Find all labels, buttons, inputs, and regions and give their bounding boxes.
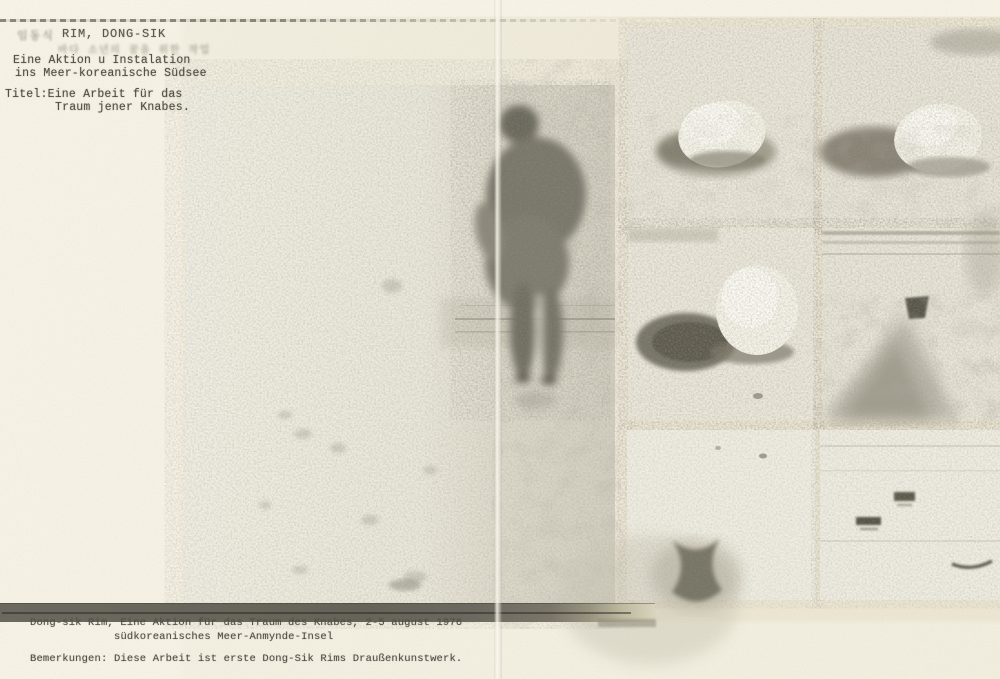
caption-location: südkoreanisches Meer-Anmynde-Insel [114,631,462,645]
remarks-text: Diese Arbeit ist erste Dong-Sik Rims Dra… [114,653,462,665]
page-fold-line [494,0,502,679]
work-title-line2: Traum jener Knabes. [55,101,190,114]
header-action-line1: Eine Aktion u Instalation [13,54,191,67]
caption-credit: Dong-sik Rim, Eine Aktion für das Traum … [30,617,462,631]
artist-korean-name: 임동식 [17,27,55,43]
caption-remarks-row: Bemerkungen: Diese Arbeit ist erste Dong… [30,653,462,665]
caption-block: Dong-sik Rim, Eine Aktion für das Traum … [30,617,462,665]
work-title-line1: Titel:Eine Arbeit für das [5,88,183,101]
bar-smudge [598,619,656,627]
scanned-page: 임동식 RIM, DONG-SIK 바다 소년의 꿈을 위한 작업 Eine A… [0,0,1000,679]
header-action-line2: ins Meer-koreanische Südsee [15,67,207,80]
scan-artifact-line [0,19,672,22]
remarks-label: Bemerkungen: [30,653,114,665]
artist-latin-name: RIM, DONG-SIK [62,27,166,41]
